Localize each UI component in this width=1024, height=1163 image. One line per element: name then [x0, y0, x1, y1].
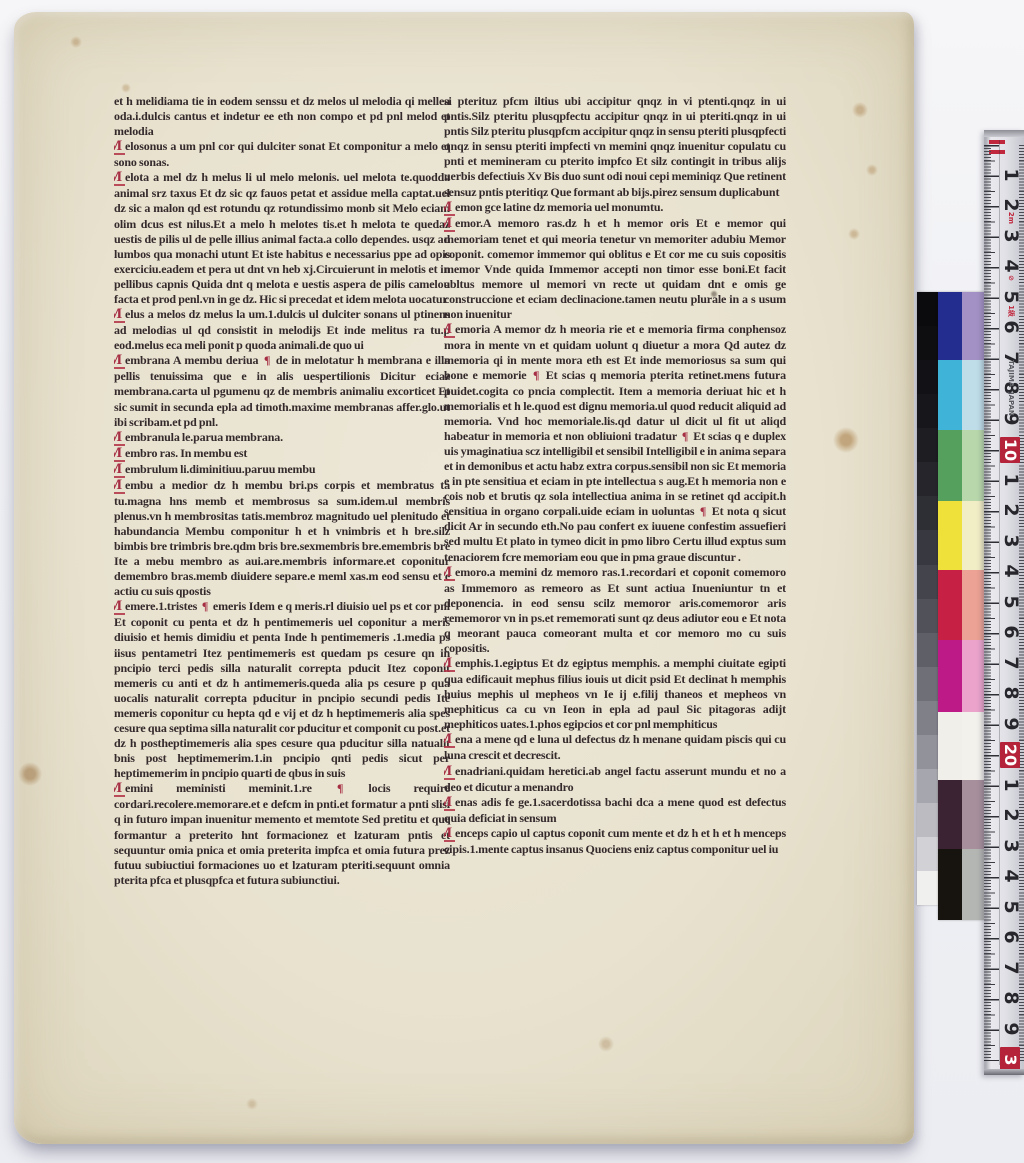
ruler-number-27: 7	[1000, 956, 1022, 980]
dictionary-entry: Menas adis fe ge.1.sacerdotissa bachi dc…	[444, 795, 786, 826]
ruler-number-18: 8	[1000, 681, 1022, 705]
dictionary-entry: Memoro.a memini dz memoro ras.1.recordar…	[444, 565, 786, 656]
color-patch-row-black	[938, 849, 985, 920]
color-patch-row-white	[938, 712, 985, 780]
red-lombard-initial: M	[444, 797, 455, 811]
gray-step	[917, 871, 938, 905]
red-lombard-initial: M	[114, 172, 125, 186]
dictionary-entry: Menadriani.quidam heretici.ab angel fact…	[444, 764, 786, 795]
ruler-number-24: 4	[1000, 864, 1022, 888]
gray-step	[917, 803, 938, 837]
gray-step	[917, 565, 938, 599]
patch-pale-magenta	[962, 640, 985, 712]
ruler-number-11: 1	[1000, 468, 1022, 492]
ruler-cm-ticks	[984, 145, 999, 1061]
gray-step	[917, 394, 938, 428]
gray-step	[917, 599, 938, 633]
red-lombard-initial: M	[114, 355, 125, 369]
dictionary-entry: Melosonus a um pnl cor qui dulciter sona…	[114, 139, 450, 170]
dictionary-entry: Mena a mene qd e luna ul defectus dz h m…	[444, 732, 786, 763]
ruler-number-15: 5	[1000, 590, 1022, 614]
red-lombard-initial: M	[114, 601, 125, 615]
gray-step	[917, 837, 938, 871]
patch-strong-yellow	[938, 501, 962, 570]
red-lombard-initial: M	[114, 141, 125, 155]
dictionary-entry: Memini meministi meminit.1.re ¶ locis re…	[114, 781, 450, 888]
patch-strong-magenta	[938, 640, 962, 712]
patch-pale-green	[962, 430, 985, 501]
dictionary-entry: Membro ras. In membu est	[114, 446, 450, 462]
dictionary-entry: Memor.A memoro ras.dz h et h memor oris …	[444, 216, 786, 323]
dictionary-entry: Melota a mel dz h melus li ul melo melon…	[114, 170, 450, 307]
dictionary-entry: Memere.1.tristes ¶ emeris Idem e q meris…	[114, 599, 450, 781]
red-lombard-initial: M	[444, 567, 455, 581]
ruler-number-25: 5	[1000, 895, 1022, 919]
color-patch-row-green	[938, 430, 985, 501]
ruler-number-20: 20	[1000, 742, 1020, 768]
red-lombard-initial: M	[444, 324, 455, 338]
red-lombard-initial: M	[444, 202, 455, 216]
color-patch-row-maroon	[938, 780, 985, 849]
grayscale-step-wedge	[917, 292, 938, 905]
patch-strong-blue	[938, 292, 962, 360]
dictionary-entry: Memon gce latine dz memoria uel monumtu.	[444, 200, 786, 216]
red-paragraph-mark: ¶	[531, 368, 541, 382]
ruler-number-29: 9	[1000, 1017, 1022, 1041]
red-lombard-initial: M	[114, 448, 125, 462]
ruler-grade-mark: 1級	[1006, 301, 1016, 321]
text-column-left: et h melidiama tie in eodem senssu et dz…	[114, 94, 450, 960]
photographed-incunable-leaf: et h melidiama tie in eodem senssu et dz…	[0, 0, 1024, 1163]
color-patch-row-red	[938, 570, 985, 640]
red-paragraph-mark: ¶	[200, 599, 210, 613]
red-lombard-initial: M	[114, 464, 125, 478]
patch-strong-white	[938, 712, 962, 780]
color-patch-row-yellow	[938, 501, 985, 570]
gray-step	[917, 496, 938, 530]
dictionary-entry: Membrulum li.diminitiuu.paruu membu	[114, 462, 450, 478]
manuscript-page: et h melidiama tie in eodem senssu et dz…	[14, 12, 914, 1144]
ruler-number-22: 2	[1000, 803, 1022, 827]
gray-step	[917, 735, 938, 769]
patch-strong-black	[938, 849, 962, 920]
dictionary-entry: et h melidiama tie in eodem senssu et dz…	[114, 94, 450, 139]
ruler-number-21: 1	[1000, 773, 1022, 797]
gray-step	[917, 360, 938, 394]
gray-step	[917, 428, 938, 462]
ruler-number-12: 2	[1000, 498, 1022, 522]
ruler-number-16: 6	[1000, 620, 1022, 644]
jis-mark-icon: ⊘	[1007, 268, 1015, 288]
dictionary-entry: Membu a medior dz h membu bri.ps corpis …	[114, 478, 450, 600]
ruler-bottom-edge	[984, 1069, 1024, 1075]
patch-pale-yellow	[962, 501, 985, 570]
red-lombard-initial: M	[444, 828, 455, 842]
patch-pale-blue	[962, 292, 985, 360]
gray-step	[917, 292, 938, 326]
dictionary-entry: Memoria A memor dz h meoria rie et e mem…	[444, 322, 786, 564]
dictionary-entry: si pterituz pfcm iltius ubi accipitur qn…	[444, 94, 786, 200]
red-paragraph-mark: ¶	[680, 429, 690, 443]
ruler-number-14: 4	[1000, 559, 1022, 583]
patch-strong-maroon	[938, 780, 962, 849]
gray-step	[917, 326, 938, 360]
ruler-country-label: JAPAN	[1007, 392, 1015, 412]
tape-measure-ruler: 12345678910123456789201234567893 2m ⊘ 1級…	[984, 130, 1024, 1075]
ruler-number-23: 3	[1000, 834, 1022, 858]
red-lombard-initial: M	[444, 766, 455, 780]
ruler-number-13: 3	[1000, 529, 1022, 553]
patch-pale-maroon	[962, 780, 985, 849]
red-lombard-initial: M	[114, 480, 125, 494]
ruler-brand-label: TAJIMA	[1007, 360, 1015, 380]
dictionary-entry: Membrana A membu deriua ¶ de in melotatu…	[114, 353, 450, 429]
gray-step	[917, 530, 938, 564]
dictionary-entry: Memphis.1.egiptus Et dz egiptus memphis.…	[444, 656, 786, 732]
ruler-number-17: 7	[1000, 651, 1022, 675]
red-paragraph-mark: ¶	[698, 504, 708, 518]
patch-strong-cyan	[938, 360, 962, 430]
ruler-length-mark: 2m	[1007, 208, 1015, 228]
red-paragraph-mark: ¶	[262, 353, 272, 367]
red-paragraph-mark: ¶	[335, 781, 345, 795]
dictionary-entry: Membranula le.parua membrana.	[114, 430, 450, 446]
red-lombard-initial: M	[444, 658, 455, 672]
red-lombard-initial: M	[444, 218, 455, 232]
ruler-number-19: 9	[1000, 712, 1022, 736]
patch-pale-black	[962, 849, 985, 920]
red-lombard-initial: M	[114, 432, 125, 446]
patch-pale-red	[962, 570, 985, 640]
color-patch-row-cyan	[938, 360, 985, 430]
color-patch-rows	[938, 292, 985, 920]
text-column-right: si pterituz pfcm iltius ubi accipitur qn…	[444, 94, 786, 960]
ruler-end-cap	[984, 130, 1024, 137]
patch-pale-white	[962, 712, 985, 780]
gray-step	[917, 701, 938, 735]
ruler-number-26: 6	[1000, 925, 1022, 949]
patch-pale-cyan	[962, 360, 985, 430]
ruler-number-28: 8	[1000, 986, 1022, 1010]
dictionary-entry: Menceps capio ul captus coponit cum ment…	[444, 826, 786, 857]
gray-step	[917, 667, 938, 701]
red-lombard-initial: M	[114, 783, 125, 797]
gray-step	[917, 769, 938, 803]
ruler-number-1: 1	[1000, 163, 1022, 187]
red-lombard-initial: M	[444, 734, 455, 748]
gray-step	[917, 462, 938, 496]
patch-strong-green	[938, 430, 962, 501]
patch-strong-red	[938, 570, 962, 640]
dictionary-entry: Melus a melos dz melus la um.1.dulcis ul…	[114, 307, 450, 353]
red-lombard-initial: M	[114, 309, 125, 323]
gray-step	[917, 633, 938, 667]
color-patch-row-blue	[938, 292, 985, 360]
ruler-number-10: 10	[1000, 437, 1020, 463]
color-patch-row-magenta	[938, 640, 985, 712]
